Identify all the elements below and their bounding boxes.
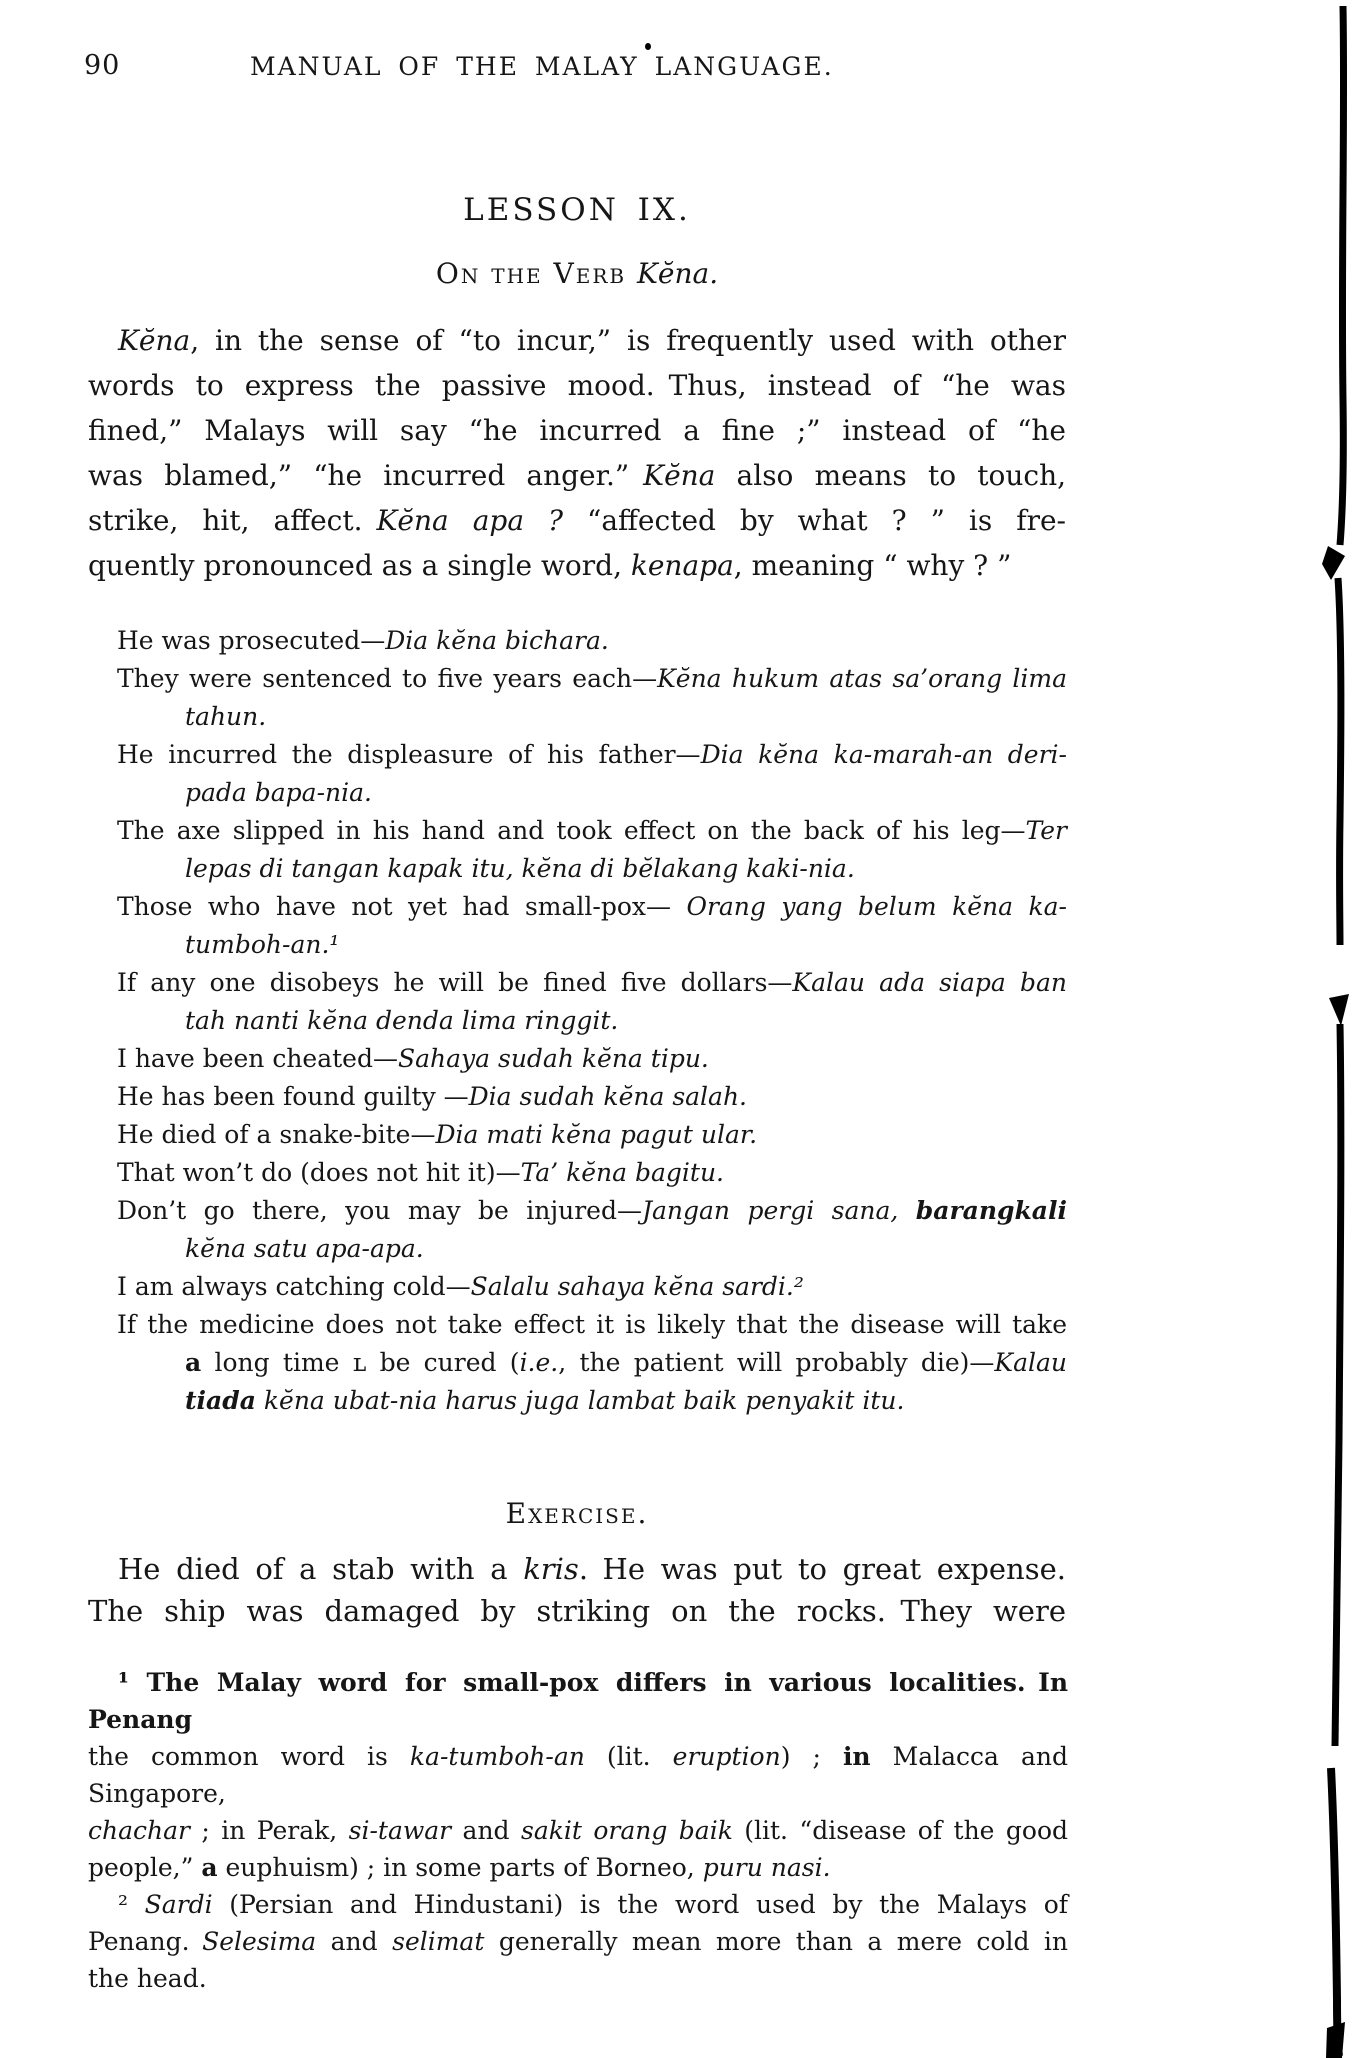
- text-segment: i.e.: [520, 1348, 559, 1377]
- text-segment: Dia sudah kĕna salah.: [469, 1082, 747, 1111]
- text-segment: tah nanti kĕna denda lima ringgit.: [185, 1006, 618, 1035]
- text-segment: the common word is: [88, 1742, 410, 1771]
- text-segment: the head.: [88, 1964, 207, 1993]
- text-line: the head.: [88, 1960, 1068, 1997]
- text-segment: eruption: [673, 1742, 781, 1771]
- text-segment: tumboh-an.¹: [185, 930, 339, 959]
- text-segment: That won’t do (does not hit it)—: [117, 1158, 521, 1187]
- text-segment: ka-tumboh-an: [410, 1742, 585, 1771]
- exercise-heading: Exercise.: [88, 1497, 1066, 1530]
- section-heading-italic: Kĕna.: [637, 257, 718, 290]
- text-segment: Dia kĕna bichara.: [385, 626, 609, 655]
- text-segment: He incurred the displeasure of his fathe…: [117, 740, 701, 769]
- text-line: strike, hit, affect. Kĕna apa ? “affecte…: [88, 498, 1066, 543]
- text-segment: (lit.: [585, 1742, 673, 1771]
- text-segment: Salalu sahaya kĕna sardi.²: [471, 1272, 804, 1301]
- text-segment: kenapa: [631, 549, 734, 582]
- text-segment: Dia mati kĕna pagut ular.: [435, 1120, 757, 1149]
- text-segment: Penang.: [88, 1927, 202, 1956]
- text-segment: Sardi: [145, 1890, 213, 1919]
- intro-paragraph: Kĕna, in the sense of “to incur,” is fre…: [88, 318, 1066, 588]
- text-segment: Kalau: [994, 1348, 1067, 1377]
- text-line: The ship was damaged by striking on the …: [88, 1590, 1066, 1632]
- text-segment: Ta’ kĕna bagitu.: [521, 1158, 724, 1187]
- text-segment: a: [185, 1348, 201, 1377]
- text-segment: ²: [118, 1890, 145, 1919]
- text-segment: He has been found guilty —: [117, 1082, 469, 1111]
- text-segment: pada bapa-nia.: [185, 778, 372, 807]
- text-line: fined,” Malays will say “he incurred a f…: [88, 408, 1066, 453]
- example-sentence-list: He was prosecuted—Dia kĕna bichara.They …: [117, 622, 1067, 1420]
- text-segment: The ship was damaged by striking on the …: [88, 1594, 1066, 1628]
- section-heading: On the Verb Kĕna.: [88, 257, 1066, 290]
- text-line: quently pronounced as a single word, ken…: [88, 543, 1066, 588]
- text-line: Penang. Selesima and selimat generally m…: [88, 1923, 1068, 1960]
- text-segment: Selesima: [202, 1927, 316, 1956]
- text-line: the common word is ka-tumboh-an (lit. er…: [88, 1738, 1068, 1812]
- text-line: He died of a stab with a kris. Hе was pu…: [88, 1548, 1066, 1590]
- text-line: He incurred the displeasure of his fathe…: [117, 736, 1067, 774]
- text-segment: The axe slipped in his hand and took eff…: [117, 816, 1026, 845]
- text-segment: lepas di tangan kapak itu, kĕna di bĕlak…: [185, 854, 855, 883]
- section-heading-smallcaps: On the Verb: [436, 257, 637, 290]
- book-page: 90 MANUAL OF THE MALAY LANGUAGE. LESSON …: [0, 0, 1370, 2058]
- text-line: pada bapa-nia.: [117, 774, 1067, 812]
- text-line: ² Sardi (Persian and Hindustani) is the …: [88, 1886, 1068, 1923]
- text-segment: “affected by what ? ” is fre-: [563, 504, 1066, 537]
- text-segment: He died of a snake-bite—: [117, 1120, 435, 1149]
- text-line: kĕna satu apa-apa.: [117, 1230, 1067, 1268]
- text-segment: words to express the passive mood. Thus,…: [88, 369, 1066, 402]
- text-line: They were sentenced to five years each—K…: [117, 660, 1067, 698]
- exercise-paragraph: He died of a stab with a kris. Hе was pu…: [88, 1548, 1066, 1632]
- text-segment: si-tawar: [349, 1816, 451, 1845]
- text-segment: , meaning “ why ? ”: [734, 549, 1012, 582]
- text-segment: ¹ The Malay word for small-pox differs i…: [88, 1668, 1068, 1734]
- text-line: was blamed,” “he incurred anger.” Kĕna a…: [88, 453, 1066, 498]
- page-number: 90: [84, 50, 120, 81]
- text-segment: chachar: [88, 1816, 190, 1845]
- footnotes-block: ¹ The Malay word for small-pox differs i…: [88, 1664, 1068, 1997]
- text-segment: I have been cheated—: [117, 1044, 398, 1073]
- text-segment: ; in Perak,: [190, 1816, 349, 1845]
- text-segment: also means to touch,: [715, 459, 1066, 492]
- text-segment: Kĕna: [118, 324, 190, 357]
- text-segment: Those who have not yet had small-pox—: [117, 892, 686, 921]
- text-segment: Kĕna apa ?: [377, 504, 564, 537]
- text-segment: generally mean more than a mere cold in: [484, 1927, 1068, 1956]
- text-segment: long time ʟ be cured (: [201, 1348, 519, 1377]
- text-segment: Ter: [1026, 816, 1067, 845]
- text-segment: . Hе was put to great expense.: [579, 1552, 1066, 1586]
- text-segment: selimat: [392, 1927, 484, 1956]
- text-line: I have been cheated—Sahaya sudah kĕna ti…: [117, 1040, 1067, 1078]
- text-line: tiada kĕna ubat-nia harus juga lambat ba…: [117, 1382, 1067, 1420]
- ink-speck: [645, 43, 651, 50]
- text-segment: Kĕna: [643, 459, 715, 492]
- text-segment: (Persian and Hindustani) is the word use…: [213, 1890, 1068, 1919]
- text-segment: If any one disobeys he will be fined fiv…: [117, 968, 792, 997]
- text-segment: tahun.: [185, 702, 266, 731]
- text-line: Don’t go there, you may be injured—Janga…: [117, 1192, 1067, 1230]
- text-segment: tiada: [185, 1386, 256, 1415]
- text-line: words to express the passive mood. Thus,…: [88, 363, 1066, 408]
- text-line: I am always catching cold—Salalu sahaya …: [117, 1268, 1067, 1306]
- text-segment: Orang yang belum kĕna ka-: [686, 892, 1067, 921]
- text-line: ¹ The Malay word for small-pox differs i…: [88, 1664, 1068, 1738]
- text-line: tahun.: [117, 698, 1067, 736]
- text-segment: strike, hit, affect.: [88, 504, 377, 537]
- binding-edge-artifact: [1318, 0, 1362, 2058]
- text-segment: in: [843, 1742, 871, 1771]
- text-segment: , the patient will probably die)—: [558, 1348, 994, 1377]
- text-segment: a: [201, 1853, 217, 1882]
- text-segment: Dia kĕna ka-marah-an deri-: [701, 740, 1067, 769]
- text-segment: puru nasi.: [703, 1853, 831, 1882]
- text-line: He has been found guilty —Dia sudah kĕna…: [117, 1078, 1067, 1116]
- text-line: people,” a euphuism) ; in some parts of …: [88, 1849, 1068, 1886]
- text-line: He was prosecuted—Dia kĕna bichara.: [117, 622, 1067, 660]
- text-segment: They were sentenced to five years each—: [117, 664, 657, 693]
- text-segment: and: [451, 1816, 521, 1845]
- text-segment: (lit. “disease of the good: [733, 1816, 1068, 1845]
- text-line: He died of a snake-bite—Dia mati kĕna pa…: [117, 1116, 1067, 1154]
- text-segment: kĕna satu apa-apa.: [185, 1234, 424, 1263]
- text-segment: euphuism) ; in some parts of Borneo,: [218, 1853, 703, 1882]
- text-segment: Sahaya sudah kĕna tipu.: [398, 1044, 709, 1073]
- text-line: tumboh-an.¹: [117, 926, 1067, 964]
- text-segment: If the medicine does not take effect it …: [117, 1310, 1067, 1339]
- text-segment: He was prosecuted—: [117, 626, 385, 655]
- text-line: If the medicine does not take effect it …: [117, 1306, 1067, 1344]
- text-line: a long time ʟ be cured (i.e., the patien…: [117, 1344, 1067, 1382]
- text-segment: kris: [523, 1552, 579, 1586]
- text-segment: Kĕna hukum atas sa’orang lima: [657, 664, 1067, 693]
- text-segment: Kalau ada siapa ban: [792, 968, 1067, 997]
- text-segment: barangkali: [916, 1196, 1067, 1225]
- text-segment: sakit orang baik: [521, 1816, 733, 1845]
- text-segment: people,”: [88, 1853, 201, 1882]
- text-segment: was blamed,” “he incurred anger.”: [88, 459, 643, 492]
- text-segment: quently pronounced as a single word,: [88, 549, 631, 582]
- text-line: If any one disobeys he will be fined fiv…: [117, 964, 1067, 1002]
- running-header: MANUAL OF THE MALAY LANGUAGE.: [250, 52, 834, 81]
- text-line: tah nanti kĕna denda lima ringgit.: [117, 1002, 1067, 1040]
- lesson-title: LESSON IX.: [88, 192, 1066, 228]
- text-line: The axe slipped in his hand and took eff…: [117, 812, 1067, 850]
- text-line: chachar ; in Perak, si-tawar and sakit o…: [88, 1812, 1068, 1849]
- text-segment: , in the sense of “to incur,” is frequen…: [190, 324, 1066, 357]
- text-line: That won’t do (does not hit it)—Ta’ kĕna…: [117, 1154, 1067, 1192]
- text-segment: fined,” Malays will say “he incurred a f…: [88, 414, 1066, 447]
- text-segment: kĕna ubat-nia harus juga lambat baik pen…: [256, 1386, 905, 1415]
- text-segment: He died of a stab with a: [118, 1552, 523, 1586]
- text-line: Those who have not yet had small-pox— Or…: [117, 888, 1067, 926]
- text-segment: Don’t go there, you may be injured—: [117, 1196, 642, 1225]
- text-line: lepas di tangan kapak itu, kĕna di bĕlak…: [117, 850, 1067, 888]
- text-line: Kĕna, in the sense of “to incur,” is fre…: [88, 318, 1066, 363]
- text-segment: I am always catching cold—: [117, 1272, 471, 1301]
- text-segment: ) ;: [781, 1742, 843, 1771]
- text-segment: and: [316, 1927, 392, 1956]
- text-segment: Jangan pergi sana,: [642, 1196, 916, 1225]
